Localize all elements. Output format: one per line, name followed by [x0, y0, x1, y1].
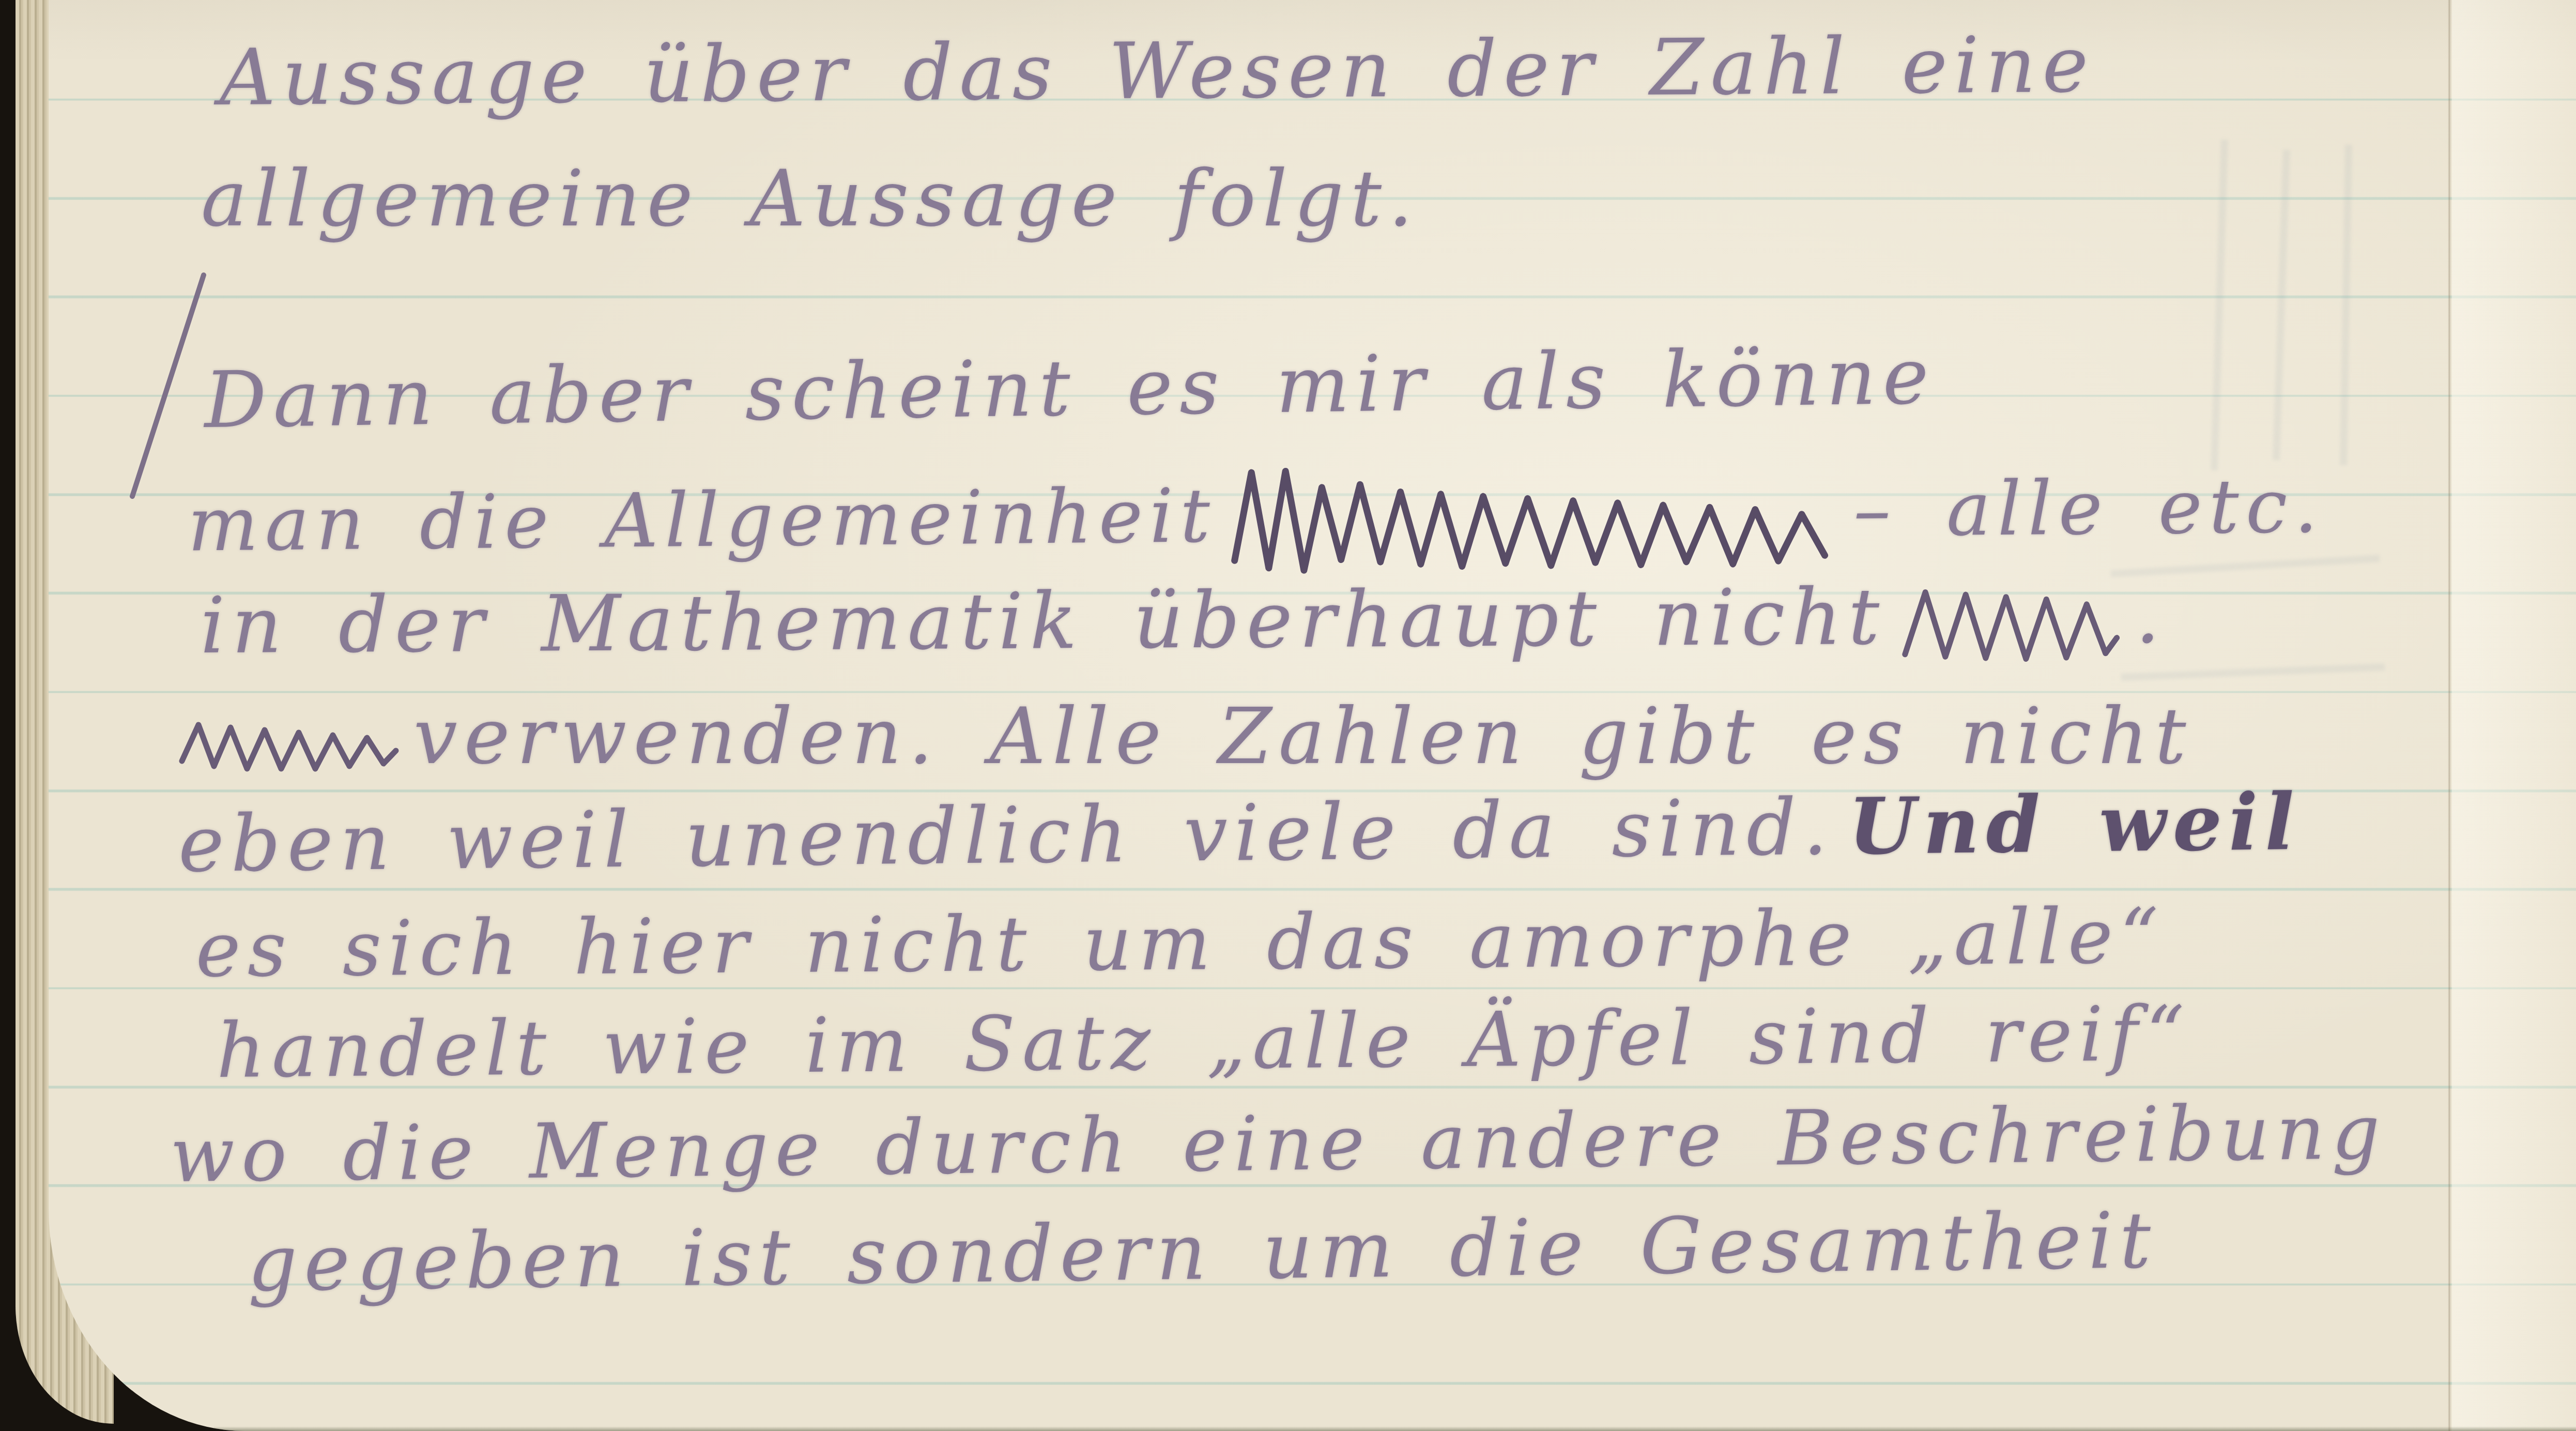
- scribble-strikethrough-icon: [178, 704, 400, 782]
- adjacent-page-sliver: [2452, 0, 2576, 1431]
- manuscript-line-11: gegeben ist sondern um die Gesamtheit: [247, 1196, 2158, 1309]
- scribble-strikethrough-icon: [1230, 452, 1841, 586]
- manuscript-line-10: wo die Menge durch eine andere Beschreib…: [170, 1088, 2387, 1199]
- manuscript-line-8: es sich hier nicht um das amorphe „alle“: [195, 892, 2166, 994]
- line-4-text: man die Allgemeinheit: [187, 472, 1217, 568]
- manuscript-line-9: handelt wie im Satz „alle Äpfel sind rei…: [216, 990, 2191, 1095]
- notebook-photo: { "document": { "kind": "handwritten not…: [0, 0, 2576, 1431]
- bleed-through-ghost: [2090, 543, 2400, 801]
- scribble-strikethrough-icon: [1899, 576, 2122, 670]
- manuscript-line-5: in der Mathematik überhaupt nicht .: [200, 571, 2167, 679]
- bleed-through-ghost: [2194, 129, 2452, 491]
- manuscript-line-2: allgemeine Aussage folgt.: [201, 154, 1420, 244]
- manuscript-line-3: Dann aber scheint es mir als könne: [204, 331, 1936, 446]
- line-6-text: verwenden. Alle Zahlen gibt es nicht: [413, 692, 2193, 782]
- manuscript-line-6: verwenden. Alle Zahlen gibt es nicht: [164, 692, 2193, 782]
- page-crease: [2448, 0, 2451, 1431]
- manuscript-page: Aussage über das Wesen der Zahl eine all…: [49, 0, 2576, 1431]
- manuscript-line-1: Aussage über das Wesen der Zahl eine: [219, 20, 2095, 123]
- paper-bottom-edge: [214, 1426, 2576, 1431]
- line-7-text: eben weil unendlich viele da sind.: [178, 782, 1834, 890]
- manuscript-line-7: eben weil unendlich viele da sind.Und we…: [178, 777, 2302, 890]
- line-5-text: in der Mathematik überhaupt nicht: [200, 572, 1887, 671]
